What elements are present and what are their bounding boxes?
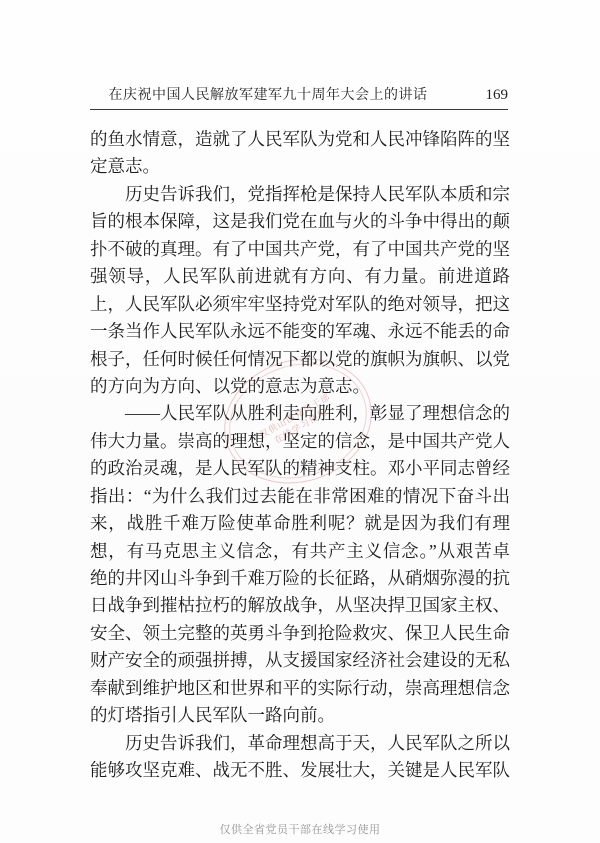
text-line: 旨的根本保障，这是我们党在血与火的斗争中得出的颠	[90, 208, 510, 235]
text-line: 来，战胜千难万险使革命胜利呢？就是因为我们有理	[90, 510, 510, 537]
footer-usage-notice: 仅供全省党员干部在线学习使用	[0, 821, 600, 837]
text-line: 的鱼水情意，造就了人民军队为党和人民冲锋陷阵的坚	[90, 126, 510, 153]
body-text-block: 的鱼水情意，造就了人民军队为党和人民冲锋陷阵的坚定意志。历史告诉我们，党指挥枪是…	[90, 126, 510, 785]
chapter-title: 在庆祝中国人民解放军建军九十周年大会上的讲话	[109, 84, 428, 104]
text-line: 根子，任何时候任何情况下都以党的旗帜为旗帜、以党	[90, 346, 510, 373]
text-line: 财产安全的顽强拼搏，从支援国家经济社会建设的无私	[90, 647, 510, 674]
book-page: 在庆祝中国人民解放军建军九十周年大会上的讲话 169 仅供山西党员干部 在线学习…	[0, 0, 600, 843]
text-line: 指出：“为什么我们过去能在非常困难的情况下奋斗出	[90, 483, 510, 510]
text-line: 的方向为方向、以党的意志为意志。	[90, 373, 510, 400]
text-line: 一条当作人民军队永远不能变的军魂、永远不能丢的命	[90, 318, 510, 345]
text-line: 伟大力量。崇高的理想，坚定的信念，是中国共产党人	[90, 428, 510, 455]
text-line: 能够攻坚克难、战无不胜、发展壮大，关键是人民军队	[90, 757, 510, 784]
text-line: 定意志。	[90, 153, 510, 180]
text-line: 安全、领土完整的英勇斗争到抢险救灾、保卫人民生命	[90, 620, 510, 647]
page-number: 169	[486, 87, 509, 104]
text-line: ——人民军队从胜利走向胜利，彰显了理想信念的	[90, 400, 510, 427]
text-line: 的政治灵魂，是人民军队的精神支柱。邓小平同志曾经	[90, 455, 510, 482]
text-line: 绝的井冈山斗争到千难万险的长征路，从硝烟弥漫的抗	[90, 565, 510, 592]
running-head: 在庆祝中国人民解放军建军九十周年大会上的讲话 169	[90, 84, 508, 104]
text-line: 奉献到维护地区和世界和平的实际行动，崇高理想信念	[90, 675, 510, 702]
text-line: 历史告诉我们，党指挥枪是保持人民军队本质和宗	[90, 181, 510, 208]
text-line: 上，人民军队必须牢牢坚持党对军队的绝对领导，把这	[90, 291, 510, 318]
text-line: 历史告诉我们，革命理想高于天，人民军队之所以	[90, 730, 510, 757]
text-line: 想，有马克思主义信念，有共产主义信念。”从艰苦卓	[90, 538, 510, 565]
text-line: 的灯塔指引人民军队一路向前。	[90, 702, 510, 729]
text-line: 日战争到摧枯拉朽的解放战争，从坚决捍卫国家主权、	[90, 592, 510, 619]
text-line: 扑不破的真理。有了中国共产党，有了中国共产党的坚	[90, 236, 510, 263]
header-rule	[90, 109, 508, 110]
text-line: 强领导，人民军队前进就有方向、有力量。前进道路	[90, 263, 510, 290]
